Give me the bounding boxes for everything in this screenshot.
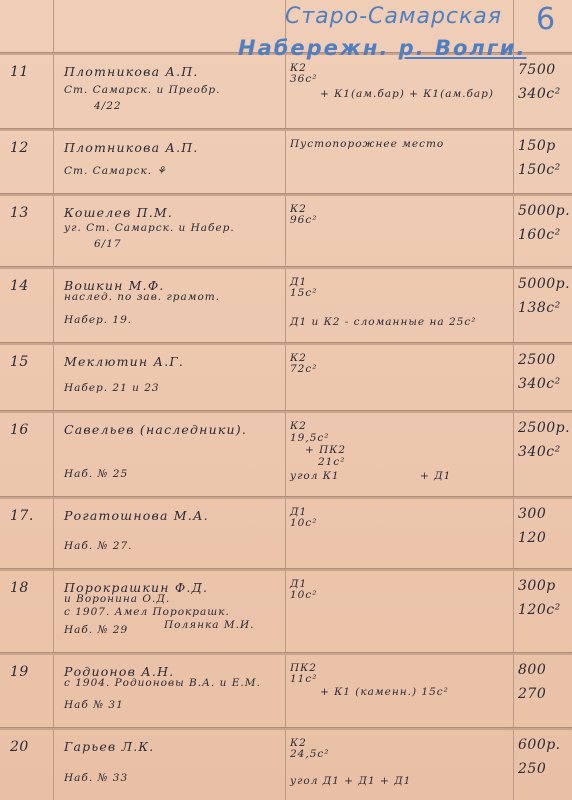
row-rule <box>0 128 572 131</box>
owner-name: и Воронина О.Д. <box>64 593 170 605</box>
building-description: угол К1 <box>290 470 340 482</box>
owner-name: Полянка М.И. <box>164 619 254 631</box>
row-number: 17. <box>10 508 34 524</box>
address: Наб. № 27. <box>64 540 132 552</box>
column-rule-price <box>513 0 514 800</box>
building-description: 24,5с² <box>290 748 329 760</box>
building-description: 19,5с² <box>290 432 329 444</box>
row-number: 12 <box>10 140 29 156</box>
owner-name: Савельев (наследники). <box>64 422 247 437</box>
building-description: 72с² <box>290 363 317 375</box>
address: 6/17 <box>94 238 122 250</box>
building-description: 21с² <box>318 456 345 468</box>
row-rule <box>0 266 572 269</box>
address: Наб. № 25 <box>64 468 128 480</box>
valuation: 2500р. <box>518 420 570 436</box>
building-description: Д1 и К2 - сломанные на 25с² <box>290 316 476 328</box>
plot-area: 120с² <box>518 602 561 618</box>
row-number: 13 <box>10 205 29 221</box>
row-number: 19 <box>10 664 29 680</box>
plot-area: 340с² <box>518 86 561 102</box>
street-heading-line2: Набережн. р. Волги. <box>238 36 526 60</box>
owner-name: с 1907. Амел Порокрашк. <box>64 606 230 618</box>
owner-name: Гарьев Л.К. <box>64 739 154 754</box>
row-rule <box>0 727 572 730</box>
owner-name: Меклютин А.Г. <box>64 354 184 369</box>
address: уг. Ст. Самарск. и Набер. <box>64 222 235 234</box>
ledger-page: Старо-Самарская Набережн. р. Волги. 6 11… <box>0 0 572 800</box>
building-description: + К1 (каменн.) 15с² <box>320 686 449 698</box>
street-heading-line1: Старо-Самарская <box>285 4 502 29</box>
address: Наб. № 29 <box>64 624 128 636</box>
plot-area: 340с² <box>518 444 561 460</box>
row-number: 20 <box>10 739 29 755</box>
plot-area: 120 <box>518 530 546 546</box>
row-rule <box>0 652 572 655</box>
row-rule <box>0 342 572 345</box>
address: Набер. 21 и 23 <box>64 382 160 394</box>
row-rule <box>0 193 572 196</box>
row-number: 15 <box>10 354 29 370</box>
row-rule <box>0 496 572 499</box>
building-description: 96с² <box>290 214 317 226</box>
building-description: 10с² <box>290 589 317 601</box>
valuation: 5000р. <box>518 276 570 292</box>
plot-area: 138с² <box>518 300 561 316</box>
owner-name: наслед. по зав. грамот. <box>64 291 220 303</box>
row-number: 11 <box>10 64 29 80</box>
row-number: 14 <box>10 278 29 294</box>
address: Ст. Самарск. ⚘ <box>64 165 167 177</box>
valuation: 2500 <box>518 352 556 368</box>
building-description: 11с² <box>290 673 317 685</box>
building-description: К2 <box>290 420 307 432</box>
building-description: + К1(ам.бар) + К1(ам.бар) <box>320 88 494 100</box>
row-rule <box>0 568 572 571</box>
address: Ст. Самарск. и Преобр. <box>64 84 220 96</box>
column-rule-description <box>285 0 286 800</box>
building-description: 15с² <box>290 287 317 299</box>
row-number: 16 <box>10 422 29 438</box>
plot-area: 150с² <box>518 162 561 178</box>
building-description: угол Д1 + Д1 + Д1 <box>290 775 411 787</box>
owner-name: Плотникова А.П. <box>64 140 199 155</box>
row-rule <box>0 410 572 413</box>
plot-area: 160с² <box>518 227 561 243</box>
address: 4/22 <box>94 100 122 112</box>
owner-name: Рогатошнова М.А. <box>64 508 209 523</box>
valuation: 300р <box>518 578 556 594</box>
address: Набер. 19. <box>64 314 132 326</box>
address: Наб № 31 <box>64 699 124 711</box>
heading-prefix: Набережн. <box>238 36 399 60</box>
column-rule-number <box>53 0 54 800</box>
valuation: 7500 <box>518 62 556 78</box>
building-description: + Д1 <box>420 470 451 482</box>
valuation: 800 <box>518 662 546 678</box>
valuation: 300 <box>518 506 546 522</box>
owner-name: с 1904. Родионовы В.А. и Е.М. <box>64 677 261 689</box>
valuation: 5000р. <box>518 203 570 219</box>
building-description: + ПК2 <box>305 444 346 456</box>
building-description: 36с² <box>290 73 317 85</box>
owner-name: Плотникова А.П. <box>64 64 199 79</box>
row-number: 18 <box>10 580 29 596</box>
building-description: 10с² <box>290 517 317 529</box>
heading-river: р. Волги. <box>399 36 527 60</box>
address: Наб. № 33 <box>64 772 128 784</box>
plot-area: 270 <box>518 686 546 702</box>
valuation: 150р <box>518 138 556 154</box>
page-number: 6 <box>536 2 555 37</box>
valuation: 600р. <box>518 737 561 753</box>
owner-name: Кошелев П.М. <box>64 205 173 220</box>
building-description: Пустопорожнее место <box>290 138 444 150</box>
plot-area: 340с² <box>518 376 561 392</box>
plot-area: 250 <box>518 761 546 777</box>
